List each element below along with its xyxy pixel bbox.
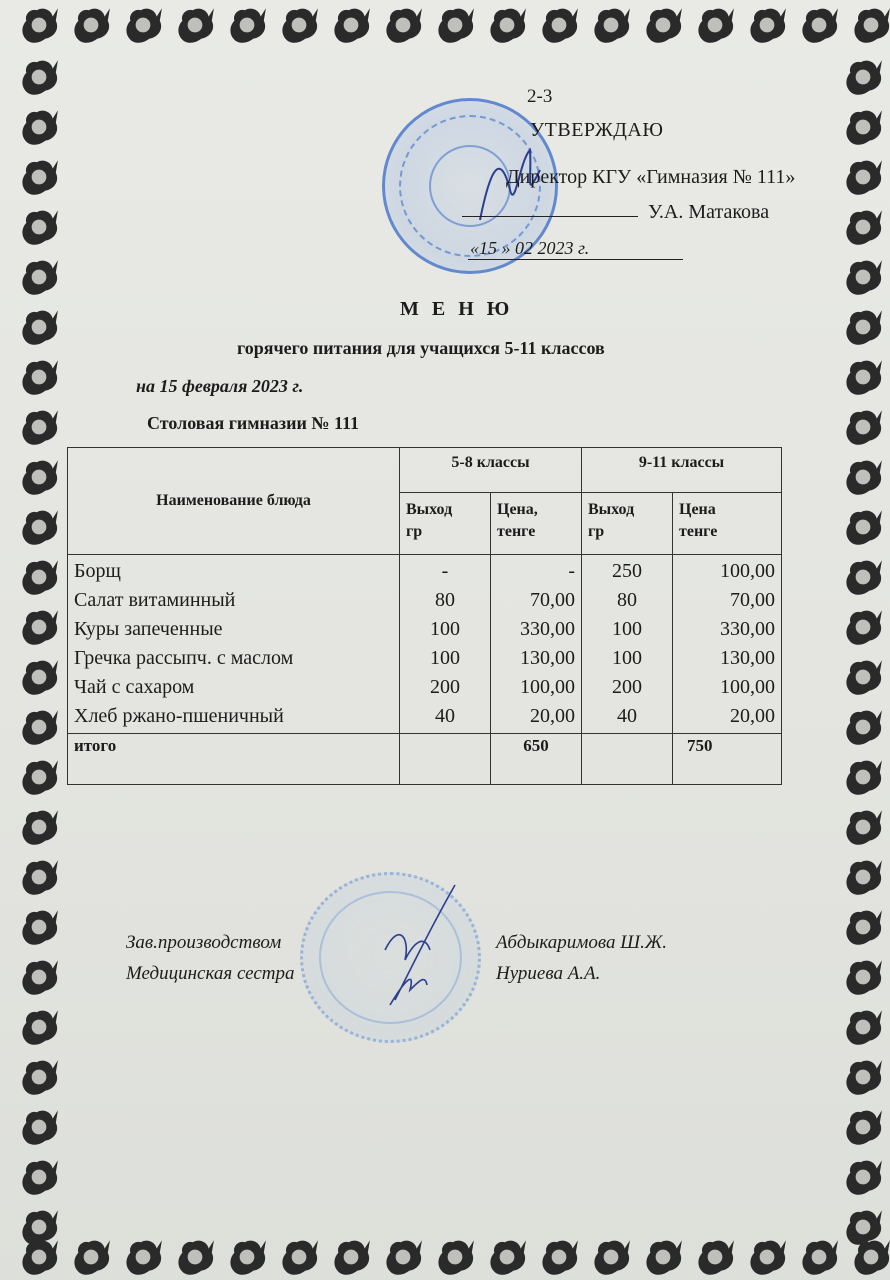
table-cell: 20,00 [497,702,575,731]
table-cell: Хлеб ржано-пшеничный [74,702,393,731]
total-empty-cell [582,734,673,785]
approval-date: «15 » 02 2023 г. [470,238,589,259]
signature-name-nurse: Нуриева А.А. [496,963,600,985]
nurse-stamp [300,872,481,1043]
director-name: У.А. Матакова [648,201,769,224]
total-empty-cell [400,734,491,785]
table-cell: - [497,557,575,586]
signature-role-nurse: Медицинская сестра [126,963,295,985]
signature-line [462,216,638,217]
column-group-5-8: 5-8 классы [400,448,582,493]
table-cell: Салат витаминный [74,586,393,615]
table-body-rows: БорщСалат витаминныйКуры запеченныеГречк… [68,555,782,734]
price-9-11-column: 100,0070,00330,00130,00100,0020,00 [673,555,782,734]
table-cell: 100 [588,615,666,644]
director-title: Директор КГУ «Гимназия № 111» [506,166,795,189]
page-title: М Е Н Ю [400,298,513,321]
total-row: итого 650 750 [68,734,782,785]
total-label: итого [68,734,400,785]
table-cell: 250 [588,557,666,586]
table-cell: 40 [406,702,484,731]
total-9-11: 750 [673,734,782,785]
canteen-name: Столовая гимназии № 111 [147,413,359,434]
column-header-price-9-11: Ценатенге [673,493,782,555]
column-header-price-5-8: Цена,тенге [491,493,582,555]
table-cell: 130,00 [679,644,775,673]
table-cell: 200 [588,673,666,702]
table-cell: 40 [588,702,666,731]
column-header-yield-5-8: Выходгр [400,493,491,555]
document-number: 2-3 [527,86,552,108]
table-cell: 100,00 [679,673,775,702]
total-5-8: 650 [491,734,582,785]
table-cell: 70,00 [679,586,775,615]
table-cell: 100 [406,644,484,673]
table-cell: 80 [406,586,484,615]
menu-table: Наименование блюда 5-8 классы 9-11 класс… [67,447,782,785]
table-cell: 330,00 [497,615,575,644]
menu-date: на 15 февраля 2023 г. [136,376,303,397]
table-cell: 330,00 [679,615,775,644]
table-cell: Чай с сахаром [74,673,393,702]
table-cell: Куры запеченные [74,615,393,644]
table-cell: 200 [406,673,484,702]
table-cell: 100 [406,615,484,644]
table-cell: 100,00 [497,673,575,702]
dish-names-column: БорщСалат витаминныйКуры запеченныеГречк… [68,555,400,734]
date-underline [468,259,683,260]
yield-9-11-column: 2508010010020040 [582,555,673,734]
signature-name-production: Абдыкаримова Ш.Ж. [496,932,667,954]
signature-role-production: Зав.производством [126,932,281,954]
column-header-dish: Наименование блюда [68,448,400,555]
table-cell: 100 [588,644,666,673]
table-cell: 70,00 [497,586,575,615]
table-cell: 100,00 [679,557,775,586]
column-group-9-11: 9-11 классы [582,448,782,493]
table-cell: Борщ [74,557,393,586]
yield-5-8-column: -8010010020040 [400,555,491,734]
table-cell: 130,00 [497,644,575,673]
table-cell: 80 [588,586,666,615]
price-5-8-column: -70,00330,00130,00100,0020,00 [491,555,582,734]
menu-subtitle: горячего питания для учащихся 5-11 класс… [237,338,605,359]
approve-label: УТВЕРЖДАЮ [530,119,663,142]
table-cell: - [406,557,484,586]
table-cell: Гречка рассыпч. с маслом [74,644,393,673]
column-header-yield-9-11: Выходгр [582,493,673,555]
table-cell: 20,00 [679,702,775,731]
